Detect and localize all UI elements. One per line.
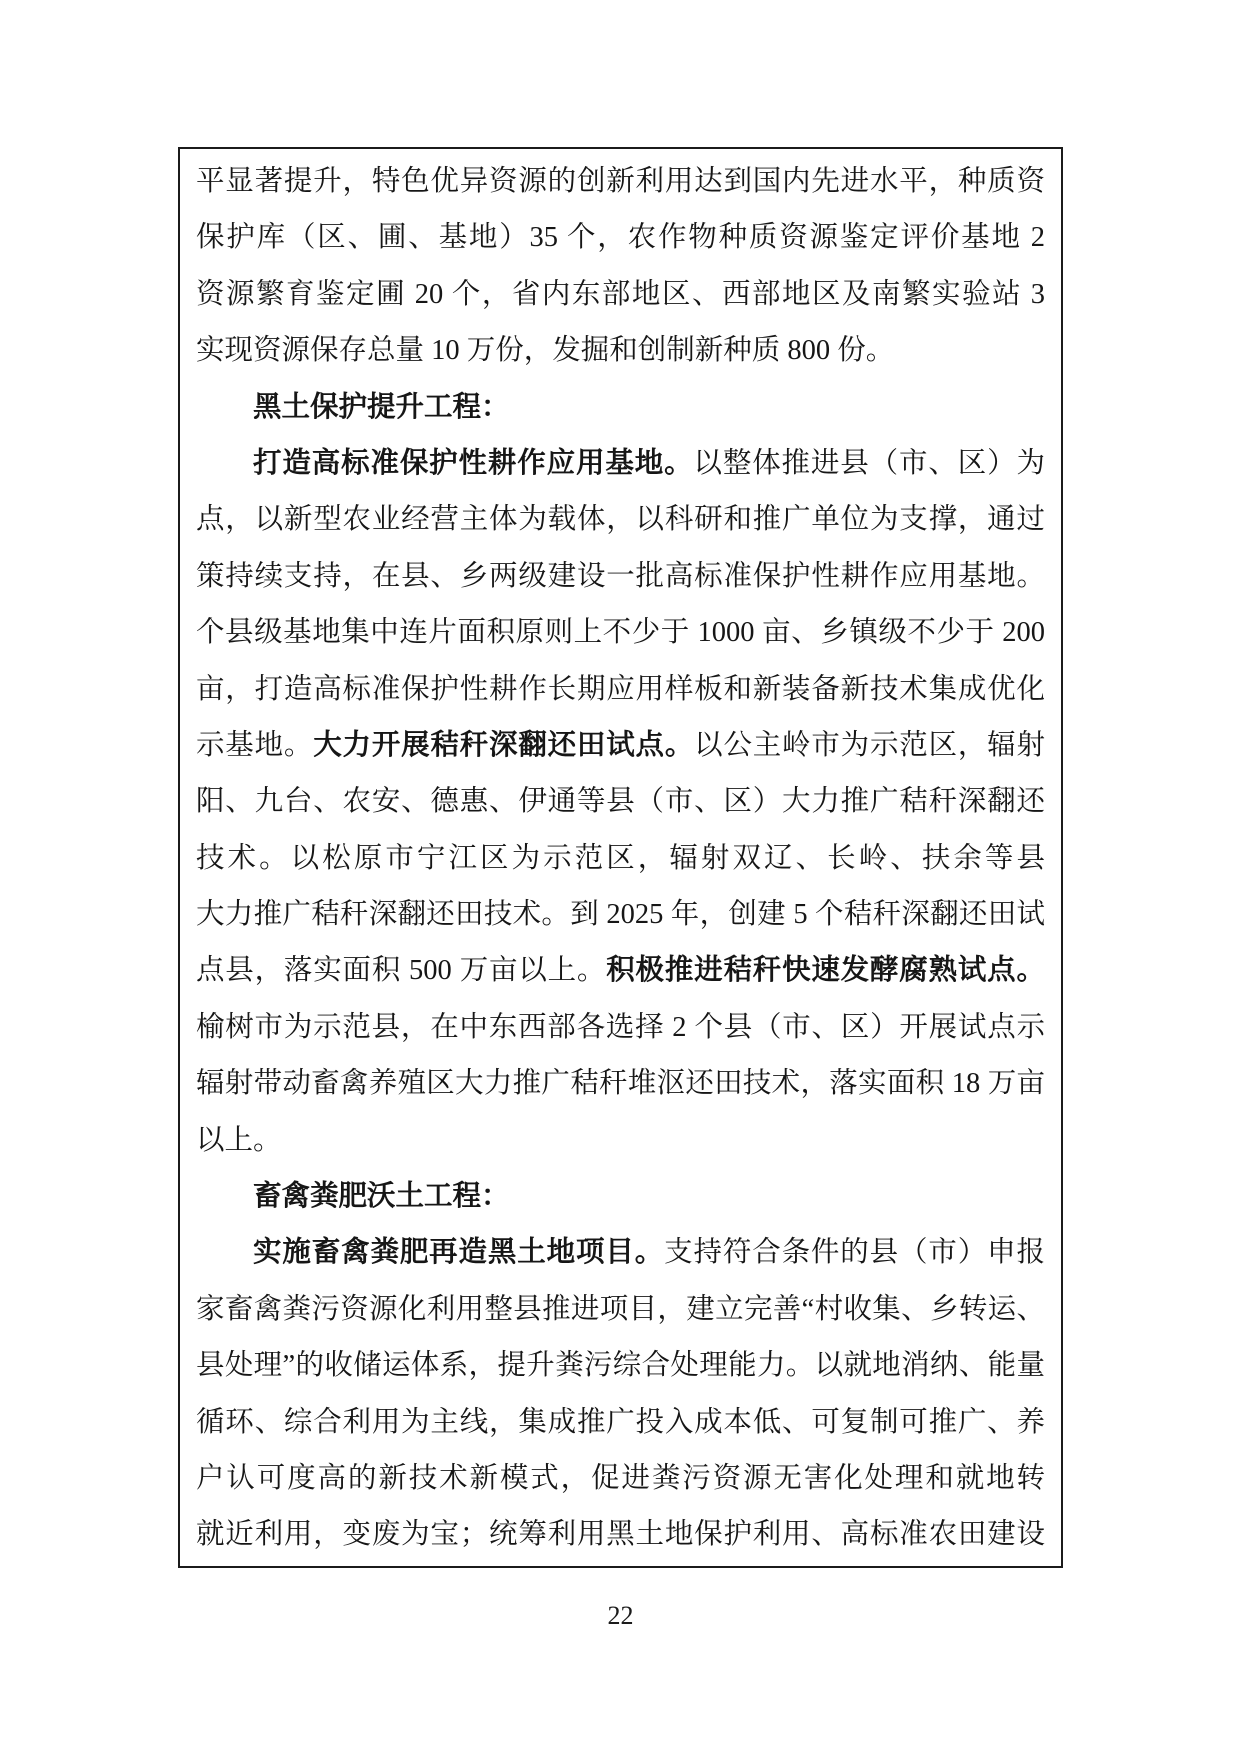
text-segment: 资源繁育鉴定圃 20 个，省内东部地区、西部地区及南繁实验站 3 个。 [196, 279, 1045, 323]
text-segment: 点，以新型农业经营主体为载体，以科研和推广单位为支撑，通过政 [196, 504, 1045, 548]
text-line: 亩，打造高标准保护性耕作长期应用样板和新装备新技术集成优化展 [196, 662, 1045, 718]
text-line: 实施畜禽粪肥再造黑土地项目。支持符合条件的县（市）申报国 [196, 1225, 1045, 1281]
text-segment: 户认可度高的新技术新模式，促进粪污资源无害化处理和就地转化、 [196, 1463, 1045, 1507]
text-segment: 循环、综合利用为主线，集成推广投入成本低、可复制可推广、养殖 [196, 1407, 1045, 1451]
text-line: 点县，落实面积 500 万亩以上。积极推进秸秆快速发酵腐熟试点。以 [196, 943, 1045, 999]
bold-text-segment: 打造高标准保护性耕作应用基地。 [253, 448, 693, 479]
bold-text-segment: 实施畜禽粪肥再造黑土地项目。 [253, 1237, 664, 1268]
bold-text-segment: 黑土保护提升工程： [253, 392, 510, 423]
text-segment: 以上。 [196, 1125, 282, 1156]
text-line: 平显著提升，特色优异资源的创新利用达到国内先进水平，种质资源 [196, 154, 1045, 210]
text-line: 循环、综合利用为主线，集成推广投入成本低、可复制可推广、养殖 [196, 1395, 1045, 1451]
text-line: 保护库（区、圃、基地）35 个，农作物种质资源鉴定评价基地 2 个， [196, 210, 1045, 266]
text-line: 点，以新型农业经营主体为载体，以科研和推广单位为支撑，通过政 [196, 492, 1045, 548]
text-line: 阳、九台、农安、德惠、伊通等县（市、区）大力推广秸秆深翻还田 [196, 774, 1045, 830]
bold-text-segment: 大力开展秸秆深翻还田试点。 [313, 730, 694, 761]
text-segment: 个县级基地集中连片面积原则上不少于 1000 亩、乡镇级不少于 200 [196, 617, 1045, 648]
text-line: 资源繁育鉴定圃 20 个，省内东部地区、西部地区及南繁实验站 3 个。 [196, 267, 1045, 323]
text-segment: 就近利用，变废为宝；统筹利用黑土地保护利用、高标准农田建设等 [196, 1519, 1045, 1563]
text-segment: 大力推广秸秆深翻还田技术。到 2025 年，创建 5 个秸秆深翻还田试 [196, 899, 1045, 930]
text-line: 策持续支持，在县、乡两级建设一批高标准保护性耕作应用基地。每 [196, 549, 1045, 605]
text-segment: 辐射带动畜禽养殖区大力推广秸秆堆沤还田技术，落实面积 18 万亩 [196, 1068, 1045, 1099]
page-number: 22 [178, 1596, 1063, 1636]
text-segment: 家畜禽粪污资源化利用整县推进项目，建立完善“村收集、乡转运、 [196, 1294, 1045, 1325]
text-segment: 实现资源保存总量 10 万份，发掘和创制新种质 800 份。 [196, 335, 894, 366]
text-segment: 榆树市为示范县，在中东西部各选择 2 个县（市、区）开展试点示范， [196, 1012, 1045, 1056]
text-line: 辐射带动畜禽养殖区大力推广秸秆堆沤还田技术，落实面积 18 万亩 [196, 1056, 1045, 1112]
text-line: 以上。 [196, 1113, 1045, 1169]
bold-text-segment: 积极推进秸秆快速发酵腐熟试点。 [606, 955, 1045, 986]
text-line: 实现资源保存总量 10 万份，发掘和创制新种质 800 份。 [196, 323, 1045, 379]
text-line: 榆树市为示范县，在中东西部各选择 2 个县（市、区）开展试点示范， [196, 1000, 1045, 1056]
text-segment: 亩，打造高标准保护性耕作长期应用样板和新装备新技术集成优化展 [196, 674, 1045, 718]
text-line: 户认可度高的新技术新模式，促进粪污资源无害化处理和就地转化、 [196, 1451, 1045, 1507]
text-line: 就近利用，变废为宝；统筹利用黑土地保护利用、高标准农田建设等 [196, 1507, 1045, 1563]
text-segment: 阳、九台、农安、德惠、伊通等县（市、区）大力推广秸秆深翻还田 [196, 786, 1045, 830]
text-segment: 平显著提升，特色优异资源的创新利用达到国内先进水平，种质资源 [196, 166, 1045, 210]
text-border-frame: 平显著提升，特色优异资源的创新利用达到国内先进水平，种质资源保护库（区、圃、基地… [178, 147, 1063, 1568]
text-segment: 县处理”的收储运体系，提升粪污综合处理能力。以就地消纳、能量 [196, 1350, 1045, 1381]
text-segment: 技术。以松原市宁江区为示范区，辐射双辽、长岭、扶余等县（市）， [196, 843, 1045, 887]
text-line: 示基地。大力开展秸秆深翻还田试点。以公主岭市为示范区，辐射双 [196, 718, 1045, 774]
text-segment: 点县，落实面积 500 万亩以上。 [196, 955, 606, 986]
document-page: 平显著提升，特色优异资源的创新利用达到国内先进水平，种质资源保护库（区、圃、基地… [0, 0, 1240, 1754]
text-segment: 策持续支持，在县、乡两级建设一批高标准保护性耕作应用基地。每 [196, 561, 1045, 605]
text-line: 黑土保护提升工程： [196, 380, 1045, 436]
bold-text-segment: 畜禽粪肥沃土工程： [253, 1181, 510, 1212]
text-segment: 保护库（区、圃、基地）35 个，农作物种质资源鉴定评价基地 2 个， [196, 222, 1045, 266]
text-line: 个县级基地集中连片面积原则上不少于 1000 亩、乡镇级不少于 200 [196, 605, 1045, 661]
text-line: 县处理”的收储运体系，提升粪污综合处理能力。以就地消纳、能量 [196, 1338, 1045, 1394]
text-line: 技术。以松原市宁江区为示范区，辐射双辽、长岭、扶余等县（市）， [196, 831, 1045, 887]
text-line: 打造高标准保护性耕作应用基地。以整体推进县（市、区）为重 [196, 436, 1045, 492]
text-line: 大力推广秸秆深翻还田技术。到 2025 年，创建 5 个秸秆深翻还田试 [196, 887, 1045, 943]
text-segment: 示基地。 [196, 730, 313, 761]
text-line: 畜禽粪肥沃土工程： [196, 1169, 1045, 1225]
text-line: 家畜禽粪污资源化利用整县推进项目，建立完善“村收集、乡转运、 [196, 1282, 1045, 1338]
